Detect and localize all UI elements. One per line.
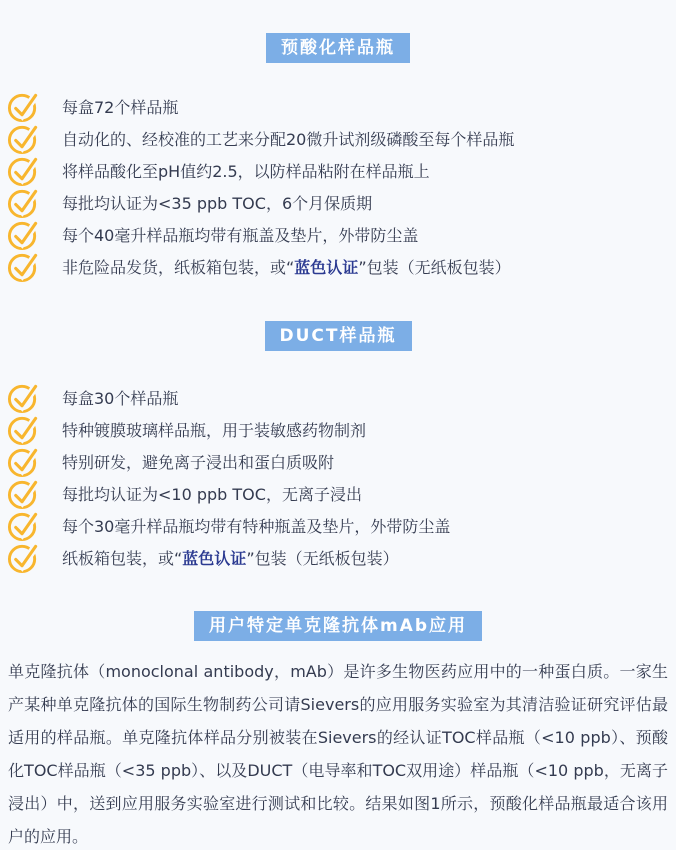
check-circle-icon xyxy=(7,413,40,446)
list-item: 纸板箱包装，或“蓝色认证”包装（无纸板包装） xyxy=(7,541,676,573)
list-item: 每批均认证为<10 ppb TOC，无离子浸出 xyxy=(7,477,676,509)
check-circle-icon xyxy=(7,122,40,155)
list-item-text: 每批均认证为<10 ppb TOC，无离子浸出 xyxy=(62,482,362,505)
list-item-text-post: ”包装（无纸板包装） xyxy=(246,549,398,568)
list-item: 自动化的、经校准的工艺来分配20微升试剂级磷酸至每个样品瓶 xyxy=(7,122,676,154)
section-duct-header: DUCT样品瓶 xyxy=(0,321,676,351)
list-item-text-pre: 纸板箱包装，或“ xyxy=(62,549,182,568)
list-item-text: 自动化的、经校准的工艺来分配20微升试剂级磷酸至每个样品瓶 xyxy=(62,127,514,150)
list-item-text: 非危险品发货，纸板箱包装，或“蓝色认证”包装（无纸板包装） xyxy=(62,255,511,278)
check-circle-icon xyxy=(7,90,40,123)
section-preacidified-header: 预酸化样品瓶 xyxy=(0,0,676,63)
blue-certified-link[interactable]: 蓝色认证 xyxy=(294,258,358,277)
list-item: 每个40毫升样品瓶均带有瓶盖及垫片，外带防尘盖 xyxy=(7,218,676,250)
list-item: 特种镀膜玻璃样品瓶，用于装敏感药物制剂 xyxy=(7,413,676,445)
section-badge-preacidified: 预酸化样品瓶 xyxy=(266,33,410,63)
section-mab-header: 用户特定单克隆抗体mAb应用 xyxy=(0,611,676,641)
list-item-text: 每盒30个样品瓶 xyxy=(62,386,178,409)
list-item: 非危险品发货，纸板箱包装，或“蓝色认证”包装（无纸板包装） xyxy=(7,250,676,282)
list-item-text: 每个30毫升样品瓶均带有特种瓶盖及垫片，外带防尘盖 xyxy=(62,514,450,537)
check-circle-icon xyxy=(7,154,40,187)
check-circle-icon xyxy=(7,541,40,574)
list-item-text: 每批均认证为<35 ppb TOC，6个月保质期 xyxy=(62,191,372,214)
check-circle-icon xyxy=(7,218,40,251)
list-item-text: 特种镀膜玻璃样品瓶，用于装敏感药物制剂 xyxy=(62,418,366,441)
mab-application-paragraph: 单克隆抗体（monoclonal antibody，mAb）是许多生物医药应用中… xyxy=(8,655,668,850)
check-circle-icon xyxy=(7,509,40,542)
list-item: 每批均认证为<35 ppb TOC，6个月保质期 xyxy=(7,186,676,218)
check-circle-icon xyxy=(7,477,40,510)
list-item: 每盒30个样品瓶 xyxy=(7,381,676,413)
list-item-text: 每个40毫升样品瓶均带有瓶盖及垫片，外带防尘盖 xyxy=(62,223,418,246)
check-circle-icon xyxy=(7,250,40,283)
list-item-text: 将样品酸化至pH值约2.5，以防样品粘附在样品瓶上 xyxy=(62,159,430,182)
page: 预酸化样品瓶 每盒72个样品瓶 自动化的、经校准的工艺来分配20微升试剂级磷酸至… xyxy=(0,0,676,850)
list-item-text: 每盒72个样品瓶 xyxy=(62,95,178,118)
preacidified-feature-list: 每盒72个样品瓶 自动化的、经校准的工艺来分配20微升试剂级磷酸至每个样品瓶 将… xyxy=(7,90,676,282)
check-circle-icon xyxy=(7,381,40,414)
section-badge-mab: 用户特定单克隆抗体mAb应用 xyxy=(194,611,482,641)
list-item: 特别研发，避免离子浸出和蛋白质吸附 xyxy=(7,445,676,477)
check-circle-icon xyxy=(7,445,40,478)
check-circle-icon xyxy=(7,186,40,219)
list-item-text-post: ”包装（无纸板包装） xyxy=(358,258,510,277)
blue-certified-link[interactable]: 蓝色认证 xyxy=(182,549,246,568)
list-item-text-pre: 非危险品发货，纸板箱包装，或“ xyxy=(62,258,294,277)
list-item: 每个30毫升样品瓶均带有特种瓶盖及垫片，外带防尘盖 xyxy=(7,509,676,541)
section-badge-duct: DUCT样品瓶 xyxy=(265,321,412,351)
duct-feature-list: 每盒30个样品瓶 特种镀膜玻璃样品瓶，用于装敏感药物制剂 特别研发，避免离子浸出… xyxy=(7,381,676,573)
list-item: 每盒72个样品瓶 xyxy=(7,90,676,122)
list-item-text: 纸板箱包装，或“蓝色认证”包装（无纸板包装） xyxy=(62,546,399,569)
list-item-text: 特别研发，避免离子浸出和蛋白质吸附 xyxy=(62,450,334,473)
list-item: 将样品酸化至pH值约2.5，以防样品粘附在样品瓶上 xyxy=(7,154,676,186)
